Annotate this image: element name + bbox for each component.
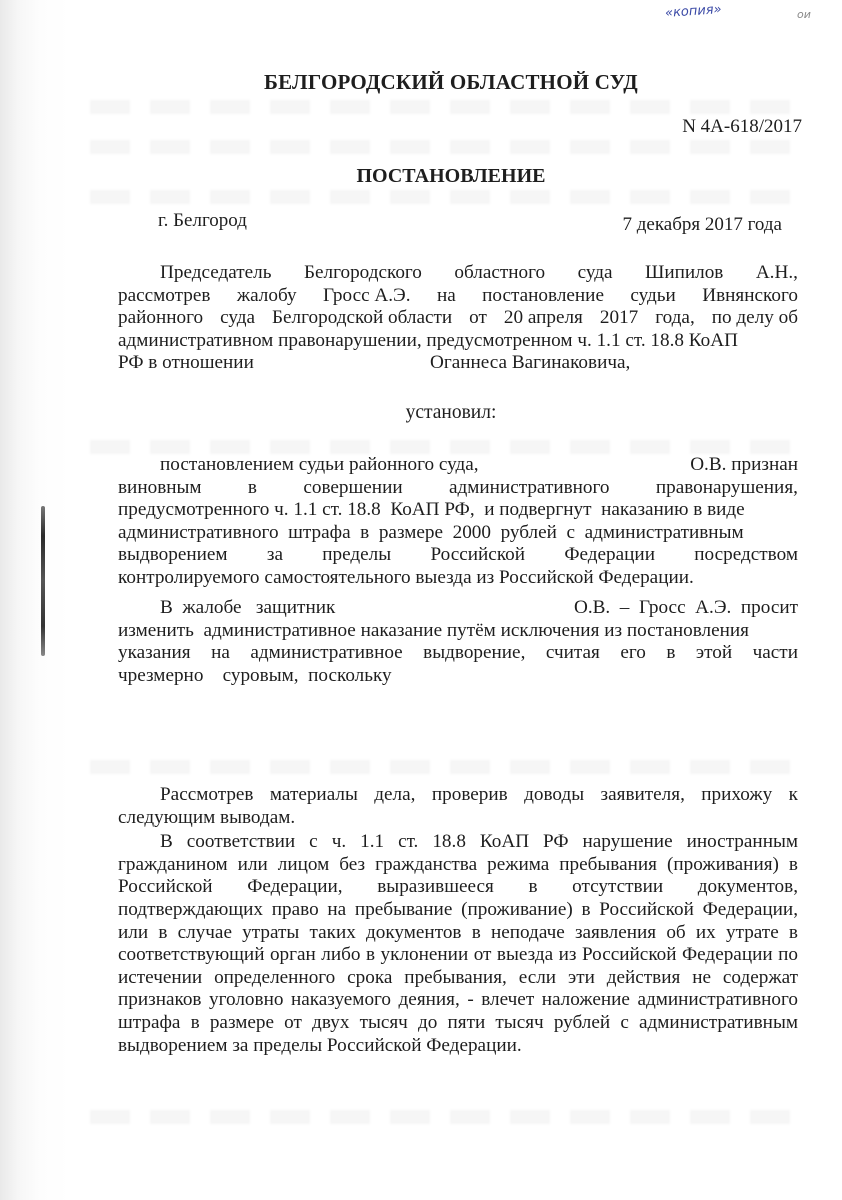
word: А.Н., xyxy=(756,262,798,285)
text-fragment: РФ в отношении xyxy=(118,352,254,373)
bleed-through-text xyxy=(90,190,810,204)
word: административное xyxy=(250,642,402,665)
word: суда xyxy=(578,262,613,285)
word: виновным xyxy=(118,477,202,500)
word: части xyxy=(753,642,798,665)
intro-paragraph: Председатель Белгородского областного су… xyxy=(118,262,798,375)
word: Белгородского xyxy=(304,262,422,285)
text-line: административного штрафа в размере 2000 … xyxy=(118,522,798,545)
text-line: контролируемого самостоятельного выезда … xyxy=(118,567,798,590)
margin-mark xyxy=(41,506,45,656)
date: 7 декабря 2017 года xyxy=(622,214,782,236)
person-name: Оганнеса Вагинаковича, xyxy=(430,352,630,375)
findings-section: Рассмотрев материалы дела, проверив дово… xyxy=(118,784,798,1057)
word: Белгородской области xyxy=(272,307,452,330)
bleed-through-text xyxy=(90,100,810,114)
place: г. Белгород xyxy=(158,210,247,232)
text-line: указания на административное выдворение,… xyxy=(118,642,798,665)
text-fragment: постановлением судьи районного суда, xyxy=(160,454,479,477)
bleed-through-text xyxy=(90,760,810,774)
text-fragment: В жалобе защитник xyxy=(160,597,335,620)
text-fragment: О.В. – Гросс А.Э. просит xyxy=(574,597,798,620)
findings-paragraph-1: Рассмотрев материалы дела, проверив дово… xyxy=(118,784,798,829)
text-line: рассмотрев жалобу Гросс А.Э. на постанов… xyxy=(118,285,798,308)
word: на xyxy=(437,285,456,308)
word: на xyxy=(211,642,230,665)
word: от xyxy=(469,307,487,330)
word: рассмотрев xyxy=(118,285,210,308)
word: года, xyxy=(655,307,695,330)
word: жалобу xyxy=(237,285,297,308)
findings-paragraph-2: В соответствии с ч. 1.1 ст. 18.8 КоАП РФ… xyxy=(118,831,798,1057)
word: в xyxy=(666,642,675,665)
text-line: Председатель Белгородского областного су… xyxy=(118,262,798,285)
word: совершении xyxy=(303,477,402,500)
complaint-paragraph: В жалобе защитник О.В. – Гросс А.Э. прос… xyxy=(118,597,798,687)
word: районного xyxy=(118,307,203,330)
text-line: виновным в совершении административного … xyxy=(118,477,798,500)
word: 20 апреля xyxy=(504,307,583,330)
text-line: изменить административное наказание путё… xyxy=(118,620,798,643)
word: Председатель xyxy=(160,262,272,285)
text-line: выдворением за пределы Российской Федера… xyxy=(118,544,798,567)
document-type: ПОСТАНОВЛЕНИЕ xyxy=(0,165,842,188)
word: Российской xyxy=(430,544,525,567)
text-fragment: О.В. признан xyxy=(690,454,798,477)
word: выдворение, xyxy=(423,642,525,665)
word: судьи xyxy=(630,285,675,308)
established-heading: установил: xyxy=(0,402,842,424)
word: Шипилов xyxy=(645,262,723,285)
word: 2017 xyxy=(600,307,638,330)
word: постановление xyxy=(482,285,604,308)
text-line: районного суда Белгородской области от 2… xyxy=(118,307,798,330)
word: Ивнянского xyxy=(702,285,798,308)
word: посредством xyxy=(694,544,798,567)
word: областного xyxy=(454,262,545,285)
text-line: чрезмерно суровым, поскольку xyxy=(118,665,798,688)
word: этой xyxy=(696,642,732,665)
word: считая xyxy=(546,642,600,665)
text-line: В жалобе защитник О.В. – Гросс А.Э. прос… xyxy=(118,597,798,620)
document-page: «копия» ои БЕЛГОРОДСКИЙ ОБЛАСТНОЙ СУД N … xyxy=(0,0,842,1200)
word: пределы xyxy=(322,544,391,567)
text-line: РФ в отношении Оганнеса Вагинаковича, xyxy=(118,352,798,375)
text-line: постановлением судьи районного суда, О.В… xyxy=(118,454,798,477)
word: административного xyxy=(449,477,610,500)
word: его xyxy=(620,642,646,665)
case-number: N 4А-618/2017 xyxy=(682,116,802,138)
word: правонарушения, xyxy=(656,477,798,500)
word: по делу об xyxy=(712,307,798,330)
word: указания xyxy=(118,642,191,665)
handwritten-corner-mark: ои xyxy=(797,8,811,21)
word: в xyxy=(248,477,257,500)
court-name: БЕЛГОРОДСКИЙ ОБЛАСТНОЙ СУД xyxy=(0,70,842,95)
word: Гросс А.Э. xyxy=(323,285,411,308)
word: за xyxy=(267,544,283,567)
handwritten-copy-mark: «копия» xyxy=(665,2,723,21)
bleed-through-text xyxy=(90,1110,810,1124)
text-line: административном правонарушении, предусм… xyxy=(118,330,798,353)
word: суда xyxy=(220,307,255,330)
text-line: предусмотренного ч. 1.1 ст. 18.8 КоАП РФ… xyxy=(118,499,798,522)
ruling-paragraph: постановлением судьи районного суда, О.В… xyxy=(118,454,798,590)
bleed-through-text xyxy=(90,140,810,154)
word: выдворением xyxy=(118,544,228,567)
word: Федерации xyxy=(564,544,655,567)
bleed-through-text xyxy=(90,440,810,454)
